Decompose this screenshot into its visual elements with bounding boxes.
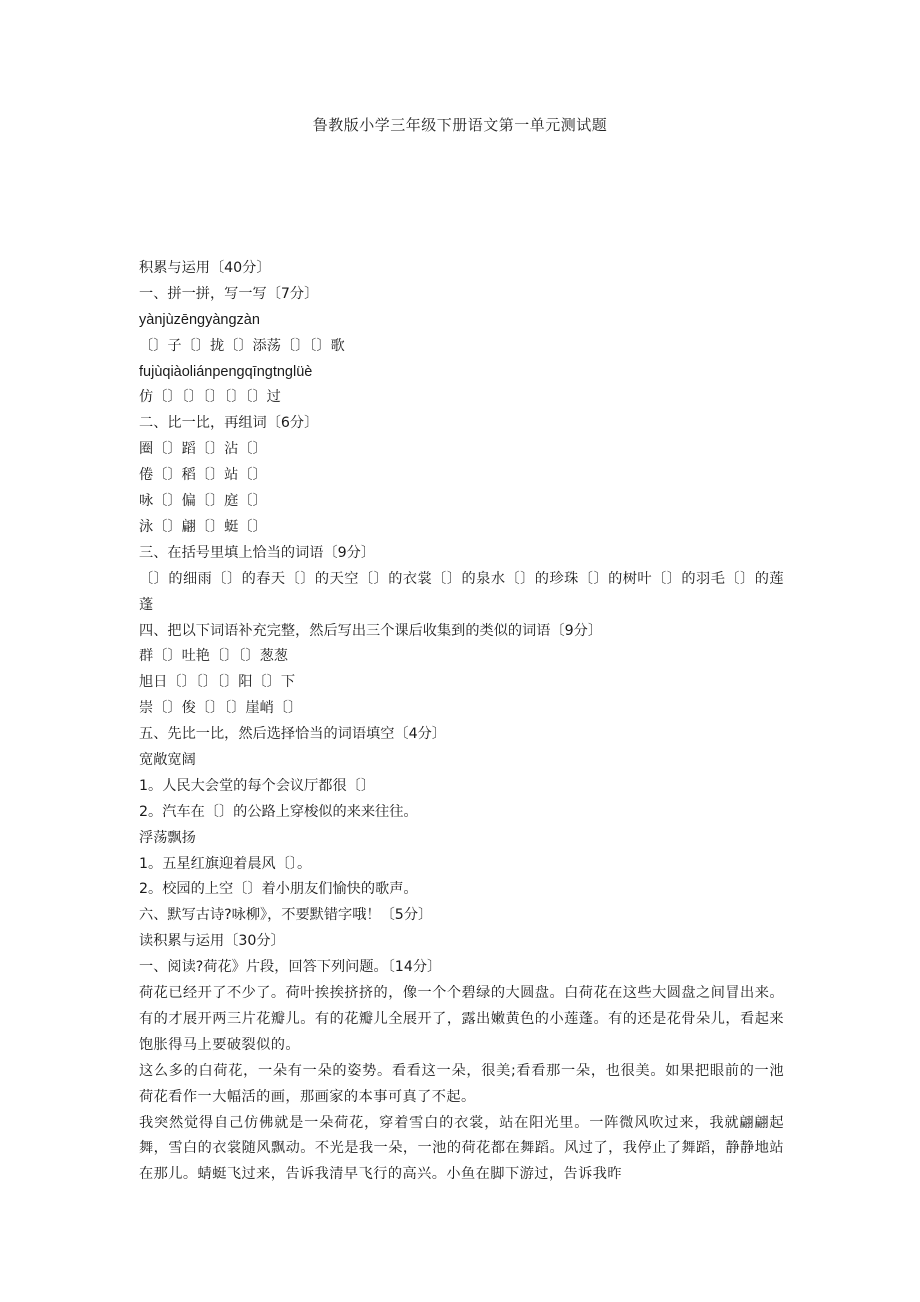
document-title: 鲁教版小学三年级下册语文第一单元测试题	[0, 114, 920, 135]
fill-in-line: 旭日〔〕〔〕〔〕阳〔〕下	[139, 670, 784, 696]
pinyin-line: fujùqiàoliánpengqīngtnglüè	[139, 360, 784, 386]
word-pair: 宽敞宽阔	[139, 748, 784, 774]
fill-in-line: 2。校园的上空〔〕着小朋友们愉快的歌声。	[139, 877, 784, 903]
fill-in-line: 圈〔〕蹈〔〕沾〔〕	[139, 437, 784, 463]
fill-in-paragraph: 〔〕的细雨〔〕的春天〔〕的天空〔〕的衣裳〔〕的泉水〔〕的珍珠〔〕的树叶〔〕的羽毛…	[139, 567, 784, 619]
pinyin-line: yànjùzēngyàngzàn	[139, 308, 784, 334]
reading-paragraph: 这么多的白荷花，一朵有一朵的姿势。看看这一朵，很美;看看那一朵，也很美。如果把眼…	[139, 1059, 784, 1111]
question-heading: 四、把以下词语补充完整，然后写出三个课后收集到的类似的词语〔9分〕	[139, 619, 784, 645]
question-heading: 五、先比一比，然后选择恰当的词语填空〔4分〕	[139, 722, 784, 748]
section-heading: 积累与运用〔40分〕	[139, 256, 784, 282]
reading-paragraph: 荷花已经开了不少了。荷叶挨挨挤挤的，像一个个碧绿的大圆盘。白荷花在这些大圆盘之间…	[139, 981, 784, 1059]
fill-in-line: 2。汽车在〔〕的公路上穿梭似的来来往往。	[139, 800, 784, 826]
fill-in-line: 泳〔〕翩〔〕蜓〔〕	[139, 515, 784, 541]
fill-in-line: 咏〔〕偏〔〕庭〔〕	[139, 489, 784, 515]
fill-in-line: 1。五星红旗迎着晨风〔〕。	[139, 852, 784, 878]
reading-paragraph: 我突然觉得自己仿佛就是一朵荷花，穿着雪白的衣裳，站在阳光里。一阵微风吹过来，我就…	[139, 1111, 784, 1189]
fill-in-line: 1。人民大会堂的每个会议厅都很〔〕	[139, 774, 784, 800]
question-heading: 三、在括号里填上恰当的词语〔9分〕	[139, 541, 784, 567]
section-heading: 读积累与运用〔30分〕	[139, 929, 784, 955]
fill-in-line: 倦〔〕稻〔〕站〔〕	[139, 463, 784, 489]
question-heading: 六、默写古诗?咏柳》，不要默错字哦！〔5分〕	[139, 903, 784, 929]
word-pair: 浮荡飘扬	[139, 826, 784, 852]
question-heading: 一、拼一拼，写一写〔7分〕	[139, 282, 784, 308]
fill-in-line: 〔〕子〔〕拢〔〕添荡〔〕〔〕歌	[139, 334, 784, 360]
fill-in-line: 群〔〕吐艳〔〕〔〕葱葱	[139, 644, 784, 670]
document-body: 积累与运用〔40分〕 一、拼一拼，写一写〔7分〕 yànjùzēngyàngzà…	[139, 256, 784, 1188]
fill-in-line: 崇〔〕俊〔〕〔〕崖峭〔〕	[139, 696, 784, 722]
fill-in-line: 仿〔〕〔〕〔〕〔〕〔〕过	[139, 385, 784, 411]
question-heading: 二、比一比，再组词〔6分〕	[139, 411, 784, 437]
question-heading: 一、阅读?荷花》片段，回答下列问题。〔14分〕	[139, 955, 784, 981]
